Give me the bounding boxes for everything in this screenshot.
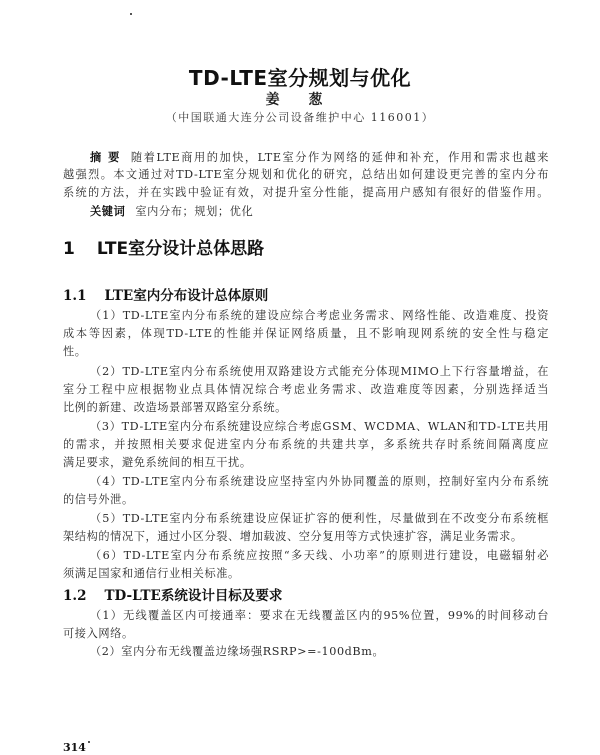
abstract-line: 越强烈。本文通过对TD-LTE室分规划和优化的研究，总结出如何建设更完善的室内分… — [63, 168, 549, 182]
paragraph-line: （4）TD-LTE室内分布系统建设应坚持室内外协同覆盖的原则，控制好室内分布系统 — [90, 475, 549, 489]
paragraph-line: 成本等因素，体现TD-LTE的性能并保证网络质量，且不影响现网系统的安全性与稳定 — [63, 327, 549, 341]
scan-speck — [88, 741, 90, 743]
scan-speck — [130, 13, 132, 15]
page-number: 314 — [63, 741, 86, 754]
paragraph-line: （3）TD-LTE室内分布系统建设应综合考虑GSM、WCDMA、WLAN和TD-… — [90, 420, 549, 434]
section-heading-1: 1LTE室分设计总体思路 — [63, 234, 264, 259]
paragraph-line: （6）TD-LTE室内分布系统应按照“多天线、小功率”的原则进行建设，电磁辐射必 — [90, 549, 549, 563]
paragraph-line: 比例的新建、改造场景部署双路室分系统。 — [63, 401, 549, 415]
keywords-label: 关键词 — [90, 204, 125, 218]
paragraph-line: 可接入网络。 — [63, 627, 549, 641]
section-heading-1-2: 1.2TD-LTE系统设计目标及要求 — [63, 584, 282, 604]
paragraph-line: （1）无线覆盖区内可接通率：要求在无线覆盖区内的95%位置，99%的时间移动台 — [90, 609, 549, 623]
paragraph-line: 的信号外泄。 — [63, 493, 549, 507]
abstract-label: 摘 要 — [90, 150, 121, 164]
paragraph-line: （5）TD-LTE室内分布系统建设应保证扩容的便利性，尽量做到在不改变分布系统框 — [90, 512, 549, 526]
author-affiliation: （中国联通大连分公司设备维护中心 116001） — [0, 109, 600, 125]
keywords-text: 室内分布；规划；优化 — [135, 205, 253, 218]
paragraph-line: 架结构的情况下，通过小区分裂、增加载波、空分复用等方式快速扩容，满足业务需求。 — [63, 530, 549, 544]
paper-title: TD-LTE室分规划与优化 — [0, 62, 600, 91]
abstract-line: 摘 要随着LTE商用的加快，LTE室分作为网络的延伸和补充，作用和需求也越来 — [90, 150, 549, 165]
paragraph-line: 性。 — [63, 345, 549, 359]
abstract-line: 系统的方法，并在实践中验证有效，对提升室分性能，提高用户感知有很好的借鉴作用。 — [63, 186, 549, 200]
paragraph-line: （2）TD-LTE室内分布系统使用双路建设方式能充分体现MIMO上下行容量增益，… — [90, 365, 549, 379]
paragraph-line: （1）TD-LTE室内分布系统的建设应综合考虑业务需求、网络性能、改造难度、投资 — [90, 309, 549, 323]
paragraph-line: 的需求，并按照相关要求促进室内分布系统的共建共享，多系统共存时系统间隔离度应 — [63, 438, 549, 452]
paragraph-line: 室分工程中应根据物业点具体情况综合考虑业务需求、改造难度等因素，分别选择适当 — [63, 383, 549, 397]
paragraph-line: （2）室内分布无线覆盖边缘场强RSRP>=-100dBm。 — [90, 645, 549, 659]
section-heading-1-1: 1.1LTE室内分布设计总体原则 — [63, 284, 268, 304]
paragraph-line: 须满足国家和通信行业相关标准。 — [63, 567, 549, 581]
paragraph-line: 满足要求，避免系统间的相互干扰。 — [63, 456, 549, 470]
keywords-line: 关键词室内分布；规划；优化 — [90, 204, 549, 219]
author-name: 姜 葱 — [0, 89, 600, 109]
